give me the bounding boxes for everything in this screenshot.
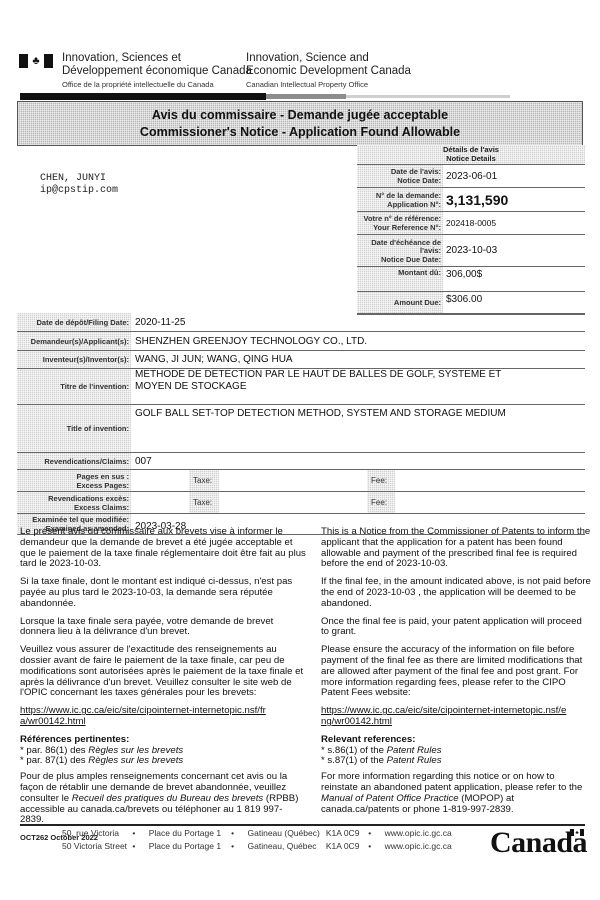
bullet-icon: • (231, 840, 245, 853)
filing-date-value: 2020-11-25 (131, 313, 585, 331)
excess-claims-row: Revendications excès: Excess Claims: Tax… (17, 492, 585, 514)
title-fr-value: METHODE DE DETECTION PAR LE HAUT DE BALL… (131, 369, 585, 404)
filing-date-label: Date de dépôt/Filing Date: (17, 313, 131, 331)
notice-date-value: 2023-06-01 (443, 165, 585, 187)
claims-label: Revendications/Claims: (17, 453, 131, 469)
addressee-email: ip@cpstip.com (40, 185, 118, 197)
excess-claims-taxe-label: Taxe: (189, 492, 219, 513)
footer-en-postal: K1A 0C9 (326, 840, 366, 853)
fr-reference-2-title: Règles sur les brevets (88, 755, 183, 766)
amount-due-en-label: Amount Due: (357, 292, 443, 314)
footer-en-city: Gatineau, Québec (248, 840, 324, 853)
footer-fr-city: Gatineau (Québec) (248, 827, 324, 840)
amount-due-en-row: Amount Due: $306.00 (357, 291, 585, 315)
excess-pages-fee-label: Fee: (367, 470, 395, 491)
en-reference-1-text: * s.86(1) of the (321, 745, 387, 756)
fr-reference-1-title: Règles sur les brevets (88, 745, 183, 756)
inventor-label: Inventeur(s)/Inventor(s): (17, 351, 131, 368)
fr-reference-1-text: * par. 86(1) des (20, 745, 88, 756)
fr-paragraph-4: Veuillez vous assurer de l'exactitude de… (20, 645, 310, 699)
notice-date-label: Date de l'avis: Notice Date: (357, 165, 443, 187)
amount-due-en-value: $306.00 (443, 292, 585, 314)
bullet-icon: • (132, 827, 146, 840)
office-name-en: Canadian Intellectual Property Office (246, 80, 411, 89)
excess-claims-label: Revendications excès: Excess Claims: (17, 492, 131, 513)
fr-paragraph-5-title: Recueil des pratiques du Bureau des brev… (72, 793, 263, 804)
dept-name-en-line1: Innovation, Science and (246, 52, 411, 65)
due-date-label-en: Notice Due Date: (357, 256, 441, 265)
footer-fr-building: Place du Portage 1 (149, 827, 229, 840)
fr-reference-2: * par. 87(1) des Règles sur les brevets (20, 756, 310, 767)
bullet-icon: • (231, 827, 245, 840)
bullet-icon: • (368, 840, 382, 853)
footer-en-building: Place du Portage 1 (149, 840, 229, 853)
header-en: Innovation, Science and Economic Develop… (246, 52, 411, 89)
title-fr-row: Titre de l'invention: METHODE DE DETECTI… (17, 369, 585, 405)
en-reference-1-title: Patent Rules (387, 745, 442, 756)
en-paragraph-5-title: Manual of Patent Office Practice (321, 793, 459, 804)
reference-number-row: Votre n° de référence: Your Reference N°… (357, 211, 585, 234)
excess-pages-taxe-label: Taxe: (189, 470, 219, 491)
header-rule-light (346, 95, 510, 98)
dept-name-en-line2: Economic Development Canada (246, 65, 411, 78)
footer-address-en: 50 Victoria Street • Place du Portage 1 … (62, 840, 452, 853)
claims-row: Revendications/Claims: 007 (17, 453, 585, 470)
excess-pages-taxe-value (219, 470, 367, 491)
footer-fr-website[interactable]: www.opic.ic.gc.ca (385, 828, 452, 838)
applicant-label: Demandeur(s)/Applicant(s): (17, 332, 131, 350)
excess-claims-fee-value (395, 492, 585, 513)
reference-number-label: Votre n° de référence: Your Reference N°… (357, 212, 443, 234)
claims-value: 007 (131, 453, 585, 469)
excess-claims-fee-label: Fee: (367, 492, 395, 513)
due-date-row: Date d'échéance de l'avis: Notice Due Da… (357, 234, 585, 266)
title-fr-label: Titre de l'invention: (17, 369, 131, 404)
excess-pages-values: Taxe: Fee: (131, 470, 585, 491)
fr-paragraph-2: Si la taxe finale, dont le montant est i… (20, 577, 310, 609)
en-reference-2: * s.87(1) of the Patent Rules (321, 756, 591, 767)
due-date-label-fr: Date d'échéance de l'avis: (357, 239, 441, 256)
fr-paragraph-5: Pour de plus amples renseignements conce… (20, 772, 300, 826)
application-number-value: 3,131,590 (443, 188, 585, 211)
applicant-row: Demandeur(s)/Applicant(s): SHENZHEN GREE… (17, 332, 585, 351)
dept-name-fr-line2: Développement économique Canada (62, 65, 252, 78)
excess-pages-label-en: Excess Pages: (17, 481, 129, 490)
body-english: This is a Notice from the Commissioner o… (321, 527, 591, 822)
excess-claims-taxe-value (219, 492, 367, 513)
addressee-name: CHEN, JUNYI (40, 173, 118, 185)
footer-address-fr: 50, rue Victoria • Place du Portage 1 • … (62, 827, 452, 840)
inventor-row: Inventeur(s)/Inventor(s): WANG, JI JUN; … (17, 351, 585, 369)
notice-date-label-en: Notice Date: (357, 177, 441, 186)
header-rule (20, 93, 266, 100)
bullet-icon: • (132, 840, 146, 853)
footer-en-website[interactable]: www.opic.ic.gc.ca (385, 841, 452, 851)
excess-pages-label-fr: Pages en sus : (17, 472, 129, 481)
footer-fr-postal: K1A 0C9 (326, 827, 366, 840)
en-paragraph-5: For more information regarding this noti… (321, 772, 591, 815)
filing-date-row: Date de dépôt/Filing Date: 2020-11-25 (17, 313, 585, 332)
title-en-label: Title of invention: (17, 405, 131, 452)
amount-due-fr-label: Montant dû: (357, 267, 443, 291)
application-number-label-en: Application N°: (357, 201, 441, 210)
excess-pages-row: Pages en sus : Excess Pages: Taxe: Fee: (17, 470, 585, 492)
amount-due-en-label-text: Amount Due: (357, 299, 441, 308)
en-paragraph-1: This is a Notice from the Commissioner o… (321, 527, 591, 570)
notice-title-en: Commissioner's Notice - Application Foun… (140, 124, 460, 141)
applicant-value: SHENZHEN GREENJOY TECHNOLOGY CO., LTD. (131, 332, 585, 350)
notice-details-box: Détails de l'avis Notice Details Date de… (357, 145, 585, 315)
office-name-fr: Office de la propriété intellectuelle du… (62, 80, 252, 89)
reference-number-label-en: Your Reference N°: (357, 224, 441, 233)
amount-due-fr-label-text: Montant dû: (357, 269, 441, 278)
examined-label-fr: Examinée tel que modifiée: (17, 515, 129, 524)
footer-en-street: 50 Victoria Street (62, 840, 130, 853)
canada-wordmark-flag-icon: ♣ (570, 829, 584, 836)
excess-claims-values: Taxe: Fee: (131, 492, 585, 513)
fr-reference-2-text: * par. 87(1) des (20, 755, 88, 766)
excess-pages-label: Pages en sus : Excess Pages: (17, 470, 131, 491)
fr-paragraph-1: Le présent avis du commissaire aux breve… (20, 527, 310, 570)
due-date-label: Date d'échéance de l'avis: Notice Due Da… (357, 235, 443, 266)
en-reference-2-title: Patent Rules (387, 755, 442, 766)
en-paragraph-2: If the final fee, in the amount indicate… (321, 577, 591, 609)
title-en-row: Title of invention: GOLF BALL SET-TOP DE… (17, 405, 585, 453)
header-fr: Innovation, Sciences et Développement éc… (62, 52, 252, 89)
addressee: CHEN, JUNYI ip@cpstip.com (40, 173, 118, 197)
amount-due-fr-row: Montant dû: 306,00$ (357, 266, 585, 291)
en-fees-link[interactable]: https://www.ic.gc.ca/eic/site/cipointern… (321, 705, 566, 727)
canada-flag-icon: ♣ (19, 54, 53, 68)
en-reference-2-text: * s.87(1) of the (321, 755, 387, 766)
application-number-label: N° de la demande: Application N°: (357, 188, 443, 211)
header-rule-gray (266, 94, 346, 99)
title-en-value: GOLF BALL SET-TOP DETECTION METHOD, SYST… (131, 405, 585, 452)
dept-name-fr-line1: Innovation, Sciences et (62, 52, 252, 65)
application-number-row: N° de la demande: Application N°: 3,131,… (357, 187, 585, 211)
amount-due-fr-value: 306,00$ (443, 267, 585, 291)
excess-claims-label-en: Excess Claims: (17, 503, 129, 512)
en-paragraph-3: Once the final fee is paid, your patent … (321, 617, 591, 639)
en-paragraph-5-a: For more information regarding this noti… (321, 771, 582, 793)
en-paragraph-4: Please ensure the accuracy of the inform… (321, 645, 591, 699)
notice-details-heading-en: Notice Details (357, 155, 585, 164)
fr-fees-link[interactable]: https://www.ic.gc.ca/eic/site/cipointern… (20, 705, 266, 727)
due-date-value: 2023-10-03 (443, 235, 585, 266)
notice-date-row: Date de l'avis: Notice Date: 2023-06-01 (357, 164, 585, 187)
excess-claims-label-fr: Revendications excès: (17, 494, 129, 503)
footer-fr-street: 50, rue Victoria (62, 827, 130, 840)
notice-title-fr: Avis du commissaire - Demande jugée acce… (152, 107, 448, 124)
notice-details-heading: Détails de l'avis Notice Details (357, 145, 585, 164)
excess-pages-fee-value (395, 470, 585, 491)
body-french: Le présent avis du commissaire aux breve… (20, 527, 310, 844)
reference-number-value: 202418-0005 (443, 212, 585, 234)
notice-title-banner: Avis du commissaire - Demande jugée acce… (17, 101, 583, 146)
bullet-icon: • (368, 827, 382, 840)
application-details-table: Date de dépôt/Filing Date: 2020-11-25 De… (17, 313, 585, 535)
inventor-value: WANG, JI JUN; WANG, QING HUA (131, 351, 585, 368)
fr-paragraph-3: Lorsque la taxe finale sera payée, votre… (20, 617, 310, 639)
